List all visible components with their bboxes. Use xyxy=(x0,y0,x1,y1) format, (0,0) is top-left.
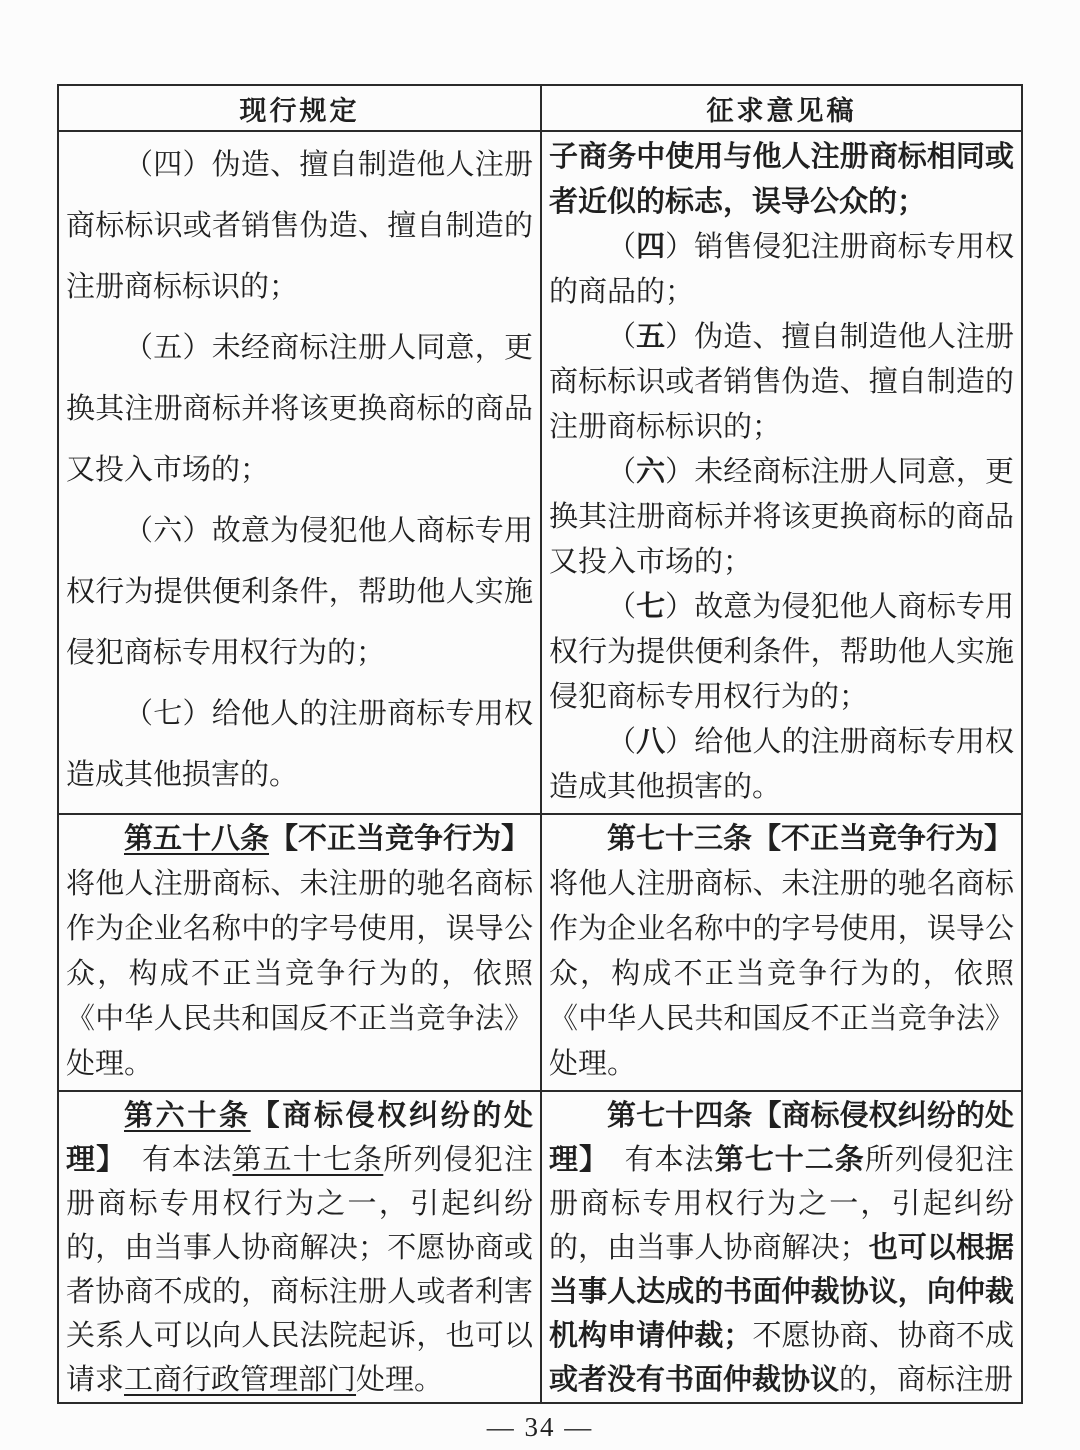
paragraph: （五）未经商标注册人同意，更换其注册商标并将该更换商标的商品又投入市场的； xyxy=(66,318,533,501)
cell-current-article-60-dispute-handling: 第六十条【商标侵权纠纷的处理】 有本法第五十七条所列侵犯注册商标专用权行为之一，… xyxy=(59,1090,540,1402)
paragraph: （七）故意为侵犯他人商标专用权行为提供便利条件，帮助他人实施侵犯商标专用权行为的… xyxy=(549,585,1014,720)
text-run: 第五十七条 xyxy=(232,1144,383,1176)
text-run: 【不正当竞争行为】 xyxy=(269,823,516,855)
text-run: （ xyxy=(607,321,636,353)
text-run: （ xyxy=(607,726,636,758)
text-run: （七）给他人的注册商标专用权造成其他损害的。 xyxy=(66,698,533,791)
paragraph: 第七十三条【不正当竞争行为】 将他人注册商标、未注册的驰名商标作为企业名称中的字… xyxy=(549,817,1014,1087)
cell-current-article-58-unfair-competition: 第五十八条【不正当竞争行为】 将他人注册商标、未注册的驰名商标作为企业名称中的字… xyxy=(59,813,540,1090)
text-run: 不愿协商、协商不成 xyxy=(752,1320,1014,1352)
paragraph: （四）销售侵犯注册商标专用权的商品的； xyxy=(549,225,1014,315)
text-run: 第七十二条 xyxy=(715,1144,865,1176)
text-run: 七 xyxy=(636,591,665,623)
text-run: 子商务中使用与他人注册商标相同或者近似的标志，误导公众的； xyxy=(549,141,1014,218)
text-run: 第七十三条【不正当竞争行为】 xyxy=(607,823,999,855)
text-run: 有本法 xyxy=(595,1144,715,1176)
text-run: 六 xyxy=(636,456,665,488)
text-run: 四 xyxy=(636,231,665,263)
paragraph: （六）未经商标注册人同意，更换其注册商标并将该更换商标的商品又投入市场的； xyxy=(549,450,1014,585)
column-header-current-regulations: 现行规定 xyxy=(59,86,540,130)
text-run: （ xyxy=(607,231,636,263)
comparison-table: 现行规定 征求意见稿 （四）伪造、擅自制造他人注册商标标识或者销售伪造、擅自制造… xyxy=(57,84,1023,1404)
text-run: 第五十八条 xyxy=(124,823,269,855)
paragraph: 第七十四条【商标侵权纠纷的处理】 有本法第七十二条所列侵犯注册商标专用权行为之一… xyxy=(549,1094,1014,1402)
text-run: 将他人注册商标、未注册的驰名商标作为企业名称中的字号使用，误导公众，构成不正当竞… xyxy=(549,823,1021,1080)
cell-current-infringement-items: （四）伪造、擅自制造他人注册商标标识或者销售伪造、擅自制造的注册商标标识的；（五… xyxy=(59,130,540,813)
text-run: （五）未经商标注册人同意，更换其注册商标并将该更换商标的商品又投入市场的； xyxy=(66,332,533,486)
cell-draft-article-73-unfair-competition: 第七十三条【不正当竞争行为】 将他人注册商标、未注册的驰名商标作为企业名称中的字… xyxy=(540,813,1021,1090)
paragraph: （六）故意为侵犯他人商标专用权行为提供便利条件，帮助他人实施侵犯商标专用权行为的… xyxy=(66,501,533,684)
text-run: 将他人注册商标、未注册的驰名商标作为企业名称中的字号使用，误导公众，构成不正当竞… xyxy=(66,823,540,1080)
text-run: 所列侵犯注册商标专用权行为之一，引起纠纷的，由当事人协商解决；不愿协商或者协商不… xyxy=(66,1144,533,1396)
text-run: 或者没有书面仲裁协议 xyxy=(549,1364,839,1396)
page-number: — 34 — xyxy=(0,1412,1080,1443)
document-page: 现行规定 征求意见稿 （四）伪造、擅自制造他人注册商标标识或者销售伪造、擅自制造… xyxy=(0,0,1080,1450)
text-run: （六）故意为侵犯他人商标专用权行为提供便利条件，帮助他人实施侵犯商标专用权行为的… xyxy=(66,515,533,669)
paragraph: 第六十条【商标侵权纠纷的处理】 有本法第五十七条所列侵犯注册商标专用权行为之一，… xyxy=(66,1094,533,1402)
text-run: （ xyxy=(607,456,636,488)
paragraph: 第五十八条【不正当竞争行为】 将他人注册商标、未注册的驰名商标作为企业名称中的字… xyxy=(66,817,533,1087)
paragraph: （七）给他人的注册商标专用权造成其他损害的。 xyxy=(66,684,533,806)
text-run: 有本法 xyxy=(112,1144,233,1176)
text-run: （ xyxy=(607,591,636,623)
paragraph: （五）伪造、擅自制造他人注册商标标识或者销售伪造、擅自制造的注册商标标识的； xyxy=(549,315,1014,450)
text-run: 工商行政管理部门 xyxy=(124,1364,356,1396)
text-run: 第六十条 xyxy=(124,1100,251,1132)
text-run: （四）伪造、擅自制造他人注册商标标识或者销售伪造、擅自制造的注册商标标识的； xyxy=(66,149,533,303)
column-header-draft-for-comments: 征求意见稿 xyxy=(540,86,1021,130)
paragraph: （四）伪造、擅自制造他人注册商标标识或者销售伪造、擅自制造的注册商标标识的； xyxy=(66,135,533,318)
cell-draft-infringement-items: 子商务中使用与他人注册商标相同或者近似的标志，误导公众的；（四）销售侵犯注册商标… xyxy=(540,130,1021,813)
text-run: 的，商标注册 xyxy=(839,1364,1013,1396)
paragraph: （八）给他人的注册商标专用权造成其他损害的。 xyxy=(549,720,1014,810)
text-run: 处理。 xyxy=(356,1364,443,1396)
cell-draft-article-74-dispute-handling: 第七十四条【商标侵权纠纷的处理】 有本法第七十二条所列侵犯注册商标专用权行为之一… xyxy=(540,1090,1021,1402)
text-run: 五 xyxy=(636,321,665,353)
text-run: 八 xyxy=(636,726,665,758)
paragraph: 子商务中使用与他人注册商标相同或者近似的标志，误导公众的； xyxy=(549,135,1014,225)
